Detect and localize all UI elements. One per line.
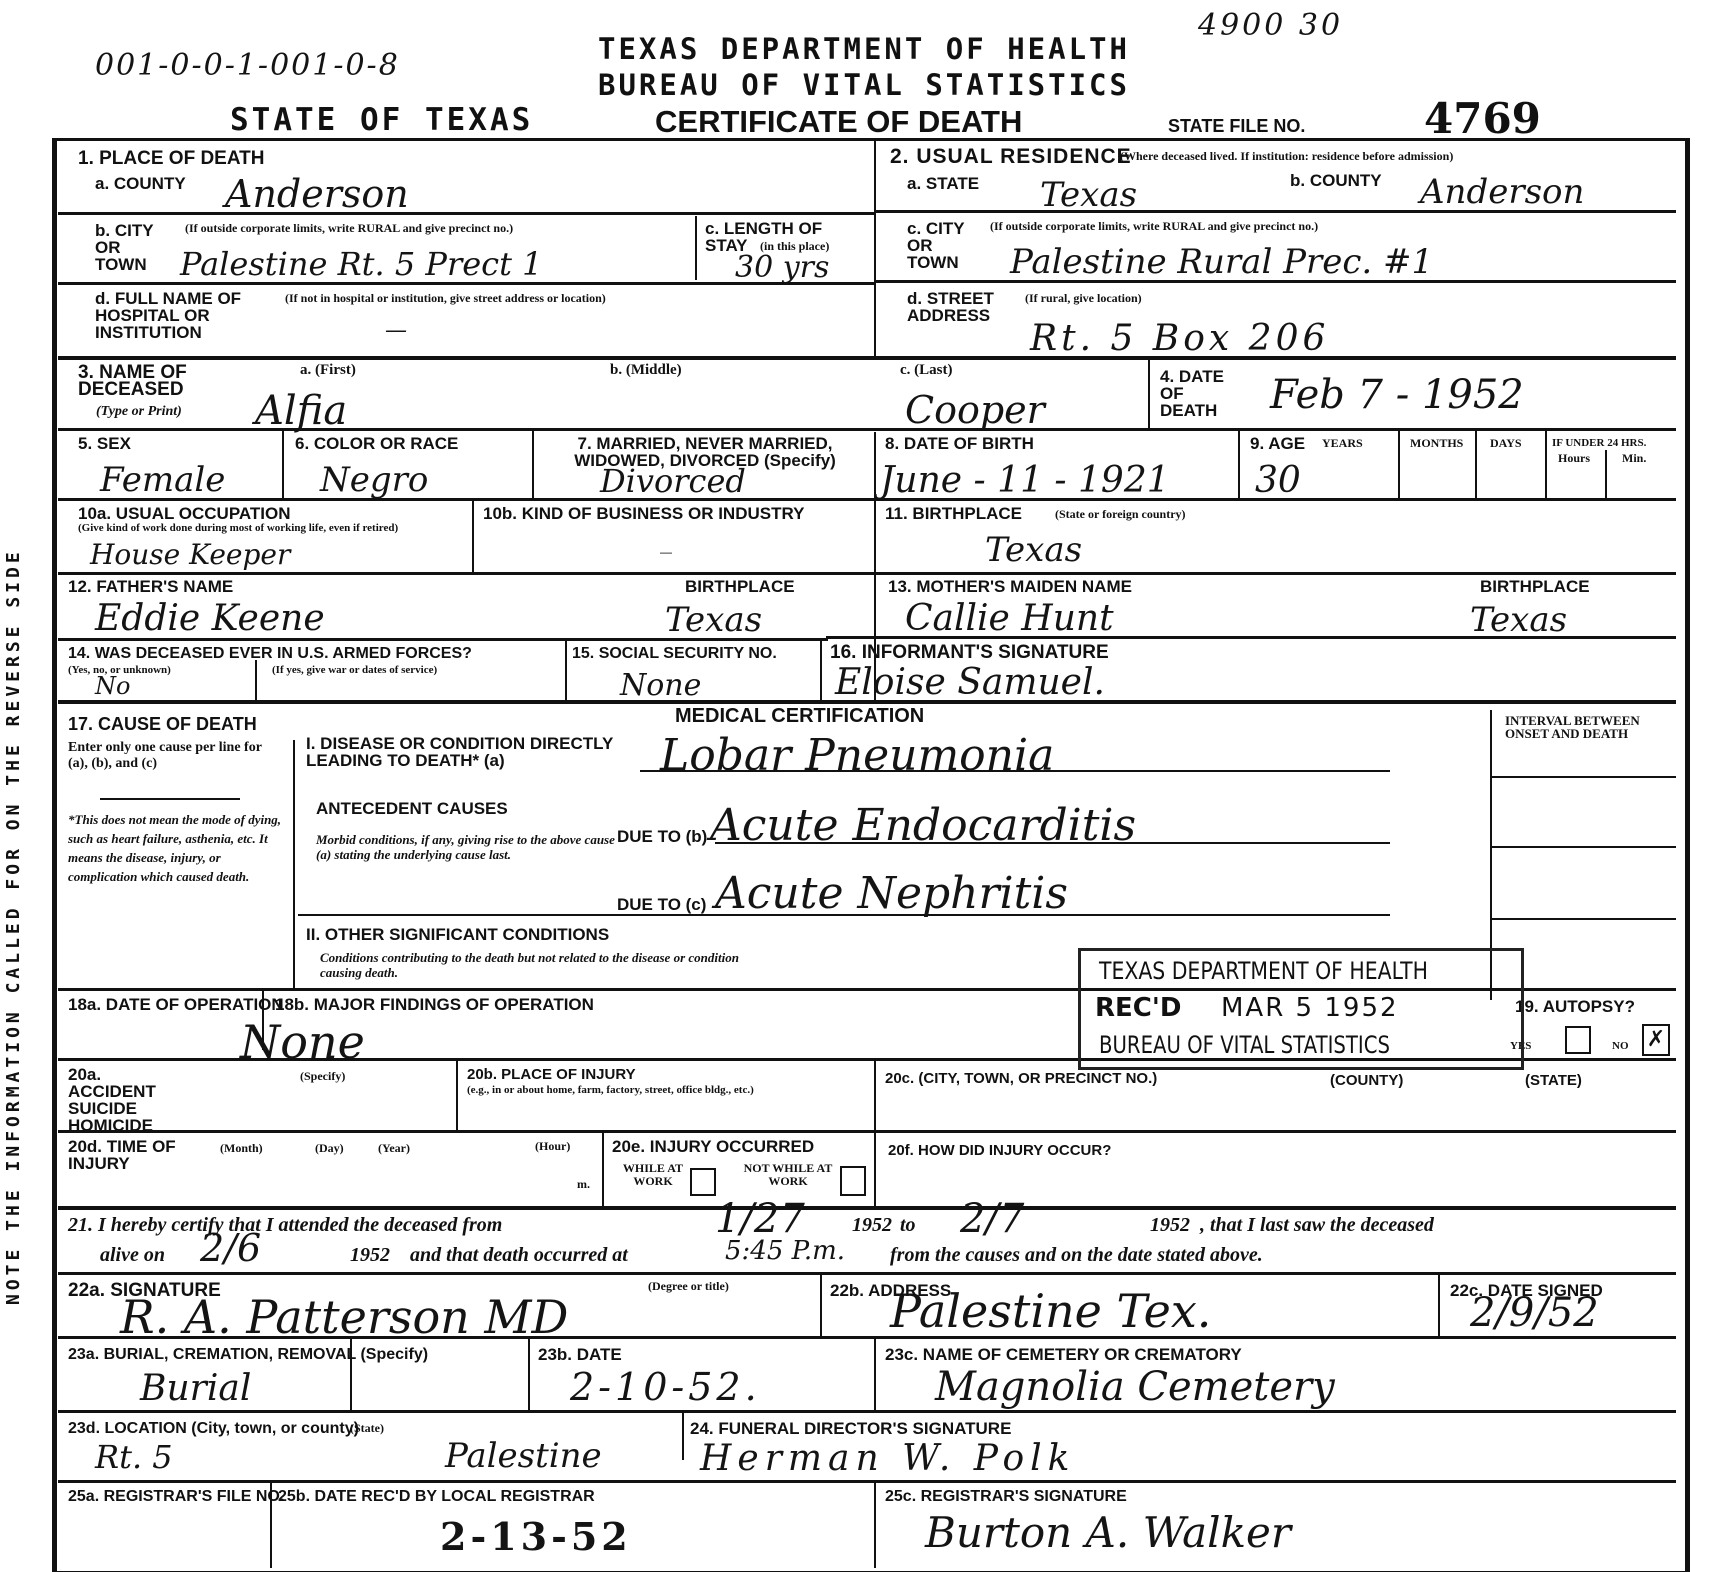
res-street-note: (If rural, give location) <box>1025 292 1142 305</box>
agency-line-2: BUREAU OF VITAL STATISTICS <box>598 68 1130 102</box>
res-street-label: d. STREET ADDRESS <box>907 290 1007 324</box>
injury-day-label: (Day) <box>315 1142 344 1155</box>
cert-text-2: , that I last saw the deceased <box>1200 1214 1434 1237</box>
certificate-title: CERTIFICATE OF DEATH <box>655 104 1022 140</box>
mother-birthplace: Texas <box>1470 600 1567 640</box>
race-value: Negro <box>320 460 428 500</box>
other-conditions-label: II. OTHER SIGNIFICANT CONDITIONS <box>306 926 609 943</box>
cert-to-word: to <box>900 1214 916 1237</box>
mother-birthplace-label: BIRTHPLACE <box>1480 578 1590 595</box>
county-label: a. COUNTY <box>95 175 186 192</box>
degree-label: (Degree or title) <box>648 1280 729 1293</box>
location-value: Rt. 5 <box>95 1438 173 1476</box>
cause-label: 17. CAUSE OF DEATH <box>68 716 257 733</box>
received-stamp: TEXAS DEPARTMENT OF HEALTH REC'D MAR 5 1… <box>1078 948 1524 1070</box>
res-city-note: (If outside corporate limits, write RURA… <box>990 220 1318 233</box>
interval-label: INTERVAL BETWEEN ONSET AND DEATH <box>1505 714 1675 740</box>
injury-location-label: 20c. (CITY, TOWN, OR PRECINCT NO.) <box>885 1070 1157 1087</box>
stamp-line-1: TEXAS DEPARTMENT OF HEALTH <box>1099 957 1428 985</box>
father-label: 12. FATHER'S NAME <box>68 578 233 595</box>
agency-line-1: TEXAS DEPARTMENT OF HEALTH <box>598 32 1130 66</box>
state-title: STATE OF TEXAS <box>230 102 533 138</box>
sex-value: Female <box>100 460 225 500</box>
death-city: Palestine Rt. 5 Prect 1 <box>180 245 542 283</box>
age-months-label: MONTHS <box>1410 437 1463 450</box>
death-date: Feb 7 - 1952 <box>1270 372 1524 418</box>
stamp-date: MAR 5 1952 <box>1221 993 1399 1023</box>
funeral-director-signature: Herman W. Polk <box>700 1438 1076 1479</box>
injury-county-label: (COUNTY) <box>1330 1072 1403 1089</box>
hospital-note: (If not in hospital or institution, give… <box>285 292 606 305</box>
father-birthplace: Texas <box>665 600 762 640</box>
res-city-label: c. CITY OR TOWN <box>907 220 987 271</box>
deceased-name-note: (Type or Print) <box>96 404 182 420</box>
registrar-date: 2-13-52 <box>440 1514 632 1559</box>
antecedent-note: Morbid conditions, if any, giving rise t… <box>316 832 616 862</box>
age-label: 9. AGE <box>1250 435 1305 452</box>
burial-date-label: 23b. DATE <box>538 1346 622 1363</box>
date-signed: 2/9/52 <box>1470 1290 1599 1336</box>
age-under-label: IF UNDER 24 HRS. <box>1552 437 1646 450</box>
registrar-signature: Burton A. Walker <box>925 1508 1291 1557</box>
registrar-date-label: 25b. DATE REC'D BY LOCAL REGISTRAR <box>278 1488 595 1505</box>
injury-m-label: m. <box>577 1178 590 1191</box>
medical-cert-title: MEDICAL CERTIFICATION <box>675 708 924 725</box>
burial-label: 23a. BURIAL, CREMATION, REMOVAL (Specify… <box>68 1346 428 1363</box>
registrar-signature-label: 25c. REGISTRAR'S SIGNATURE <box>885 1488 1127 1505</box>
cert-year-2: 1952 <box>1150 1214 1190 1237</box>
autopsy-no-checkbox[interactable]: ✗ <box>1642 1024 1670 1056</box>
op-date-label: 18a. DATE OF OPERATION <box>68 996 284 1013</box>
res-county: Anderson <box>1420 172 1584 212</box>
birthplace-label: 11. BIRTHPLACE <box>885 505 1022 522</box>
stamp-line-3: BUREAU OF VITAL STATISTICS <box>1099 1031 1390 1059</box>
father-birthplace-label: BIRTHPLACE <box>685 578 795 595</box>
birthplace-note: (State or foreign country) <box>1055 508 1186 521</box>
cert-year-1: 1952 <box>852 1214 892 1237</box>
sex-label: 5. SEX <box>78 435 131 452</box>
cause-footnote: *This does not mean the mode of dying, s… <box>68 810 283 886</box>
ssn-value: None <box>620 668 701 703</box>
place-of-death-label: 1. PLACE OF DEATH <box>78 150 265 167</box>
industry-value: — <box>660 545 672 559</box>
mother-label: 13. MOTHER'S MAIDEN NAME <box>888 578 1132 595</box>
burial-value: Burial <box>140 1368 251 1409</box>
birth-date: June - 11 - 1921 <box>880 460 1170 501</box>
deceased-name-label: 3. NAME OF DECEASED <box>78 364 238 398</box>
cert-to-date: 2/7 <box>960 1196 1024 1242</box>
op-findings-label: 18b. MAJOR FINDINGS OF OPERATION <box>275 996 594 1013</box>
death-county: Anderson <box>225 172 409 216</box>
injury-state-label: (STATE) <box>1525 1072 1582 1089</box>
res-state-label: a. STATE <box>907 175 979 192</box>
state-file-label: STATE FILE NO. <box>1168 118 1305 135</box>
hospital-value: — <box>385 318 407 343</box>
armed-forces-value: No <box>95 672 130 700</box>
registrar-file-label: 25a. REGISTRAR'S FILE NO. <box>68 1488 284 1505</box>
informant-label: 16. INFORMANT'S SIGNATURE <box>830 644 1109 661</box>
city-note: (If outside corporate limits, write RURA… <box>185 222 665 235</box>
stamp-rec-label: REC'D <box>1095 993 1181 1023</box>
injury-hour-label: (Hour) <box>535 1140 570 1153</box>
how-injury-label: 20f. HOW DID INJURY OCCUR? <box>888 1142 1111 1159</box>
residence-label: 2. USUAL RESIDENCE <box>890 148 1132 165</box>
armed-forces-label: 14. WAS DECEASED EVER IN U.S. ARMED FORC… <box>68 645 472 662</box>
res-state: Texas <box>1040 175 1137 215</box>
autopsy-no-label: NO <box>1612 1040 1629 1053</box>
funeral-director-label: 24. FUNERAL DIRECTOR'S SIGNATURE <box>690 1420 1011 1437</box>
file-code: 001-0-0-1-001-0-8 <box>95 48 400 83</box>
res-street: Rt. 5 Box 206 <box>1030 318 1329 359</box>
burial-date: 2-10-52. <box>570 1365 761 1409</box>
cause-instructions: Enter only one cause per line for (a), (… <box>68 740 283 772</box>
injury-place-label: 20b. PLACE OF INJURY <box>467 1066 636 1083</box>
residence-note: (Where deceased lived. If institution: r… <box>1120 150 1660 163</box>
while-at-work-label: WHILE AT WORK <box>618 1162 688 1188</box>
industry-label: 10b. KIND OF BUSINESS OR INDUSTRY <box>483 505 804 522</box>
injury-month-label: (Month) <box>220 1142 263 1155</box>
injury-place-note: (e.g., in or about home, farm, factory, … <box>467 1084 827 1097</box>
armed-forces-note-2: (If yes, give war or dates of service) <box>272 664 437 677</box>
mother-name: Callie Hunt <box>905 598 1114 639</box>
cert-alive-word: alive on <box>100 1244 165 1267</box>
injury-type-label: 20a. ACCIDENT SUICIDE HOMICIDE <box>68 1066 178 1134</box>
age-years-label: YEARS <box>1322 437 1363 450</box>
due-to-c-label: DUE TO (c) <box>617 896 706 913</box>
cause-a: Lobar Pneumonia <box>660 730 1054 781</box>
due-to-b-label: DUE TO (b) <box>617 828 707 845</box>
side-note: NOTE THE INFORMATION CALLED FOR ON THE R… <box>3 548 24 1305</box>
birth-date-label: 8. DATE OF BIRTH <box>885 435 1034 452</box>
disease-label: I. DISEASE OR CONDITION DIRECTLY LEADING… <box>306 735 636 769</box>
cause-c: Acute Nephritis <box>715 868 1068 919</box>
age-min-label: Min. <box>1622 452 1646 465</box>
first-name-label: a. (First) <box>300 364 356 377</box>
cert-alive-date: 2/6 <box>200 1226 261 1270</box>
cert-text-3: and that death occurred at <box>410 1244 628 1267</box>
not-while-at-work-checkbox[interactable] <box>840 1166 866 1196</box>
informant-signature: Eloise Samuel. <box>835 662 1105 703</box>
race-label: 6. COLOR OR RACE <box>295 435 458 452</box>
location-state-label: (State) <box>350 1422 384 1435</box>
other-conditions-note: Conditions contributing to the death but… <box>320 950 740 980</box>
age-hours-label: Hours <box>1558 452 1590 465</box>
location-label: 23d. LOCATION (City, town, or county) <box>68 1420 359 1437</box>
res-county-label: b. COUNTY <box>1290 172 1382 189</box>
age-days-label: DAYS <box>1490 437 1522 450</box>
autopsy-yes-checkbox[interactable] <box>1565 1026 1591 1054</box>
cert-death-time: 5:45 P.m. <box>725 1236 845 1266</box>
occupation-label: 10a. USUAL OCCUPATION <box>78 505 291 522</box>
cert-text-1: 21. I hereby certify that I attended the… <box>68 1214 502 1237</box>
autopsy-label: 19. AUTOPSY? <box>1515 998 1635 1015</box>
injury-year-label: (Year) <box>378 1142 410 1155</box>
ssn-label: 15. SOCIAL SECURITY NO. <box>572 645 777 662</box>
father-name: Eddie Keene <box>95 598 325 639</box>
occupation-value: House Keeper <box>90 538 290 571</box>
city-label: b. CITY OR TOWN <box>95 222 165 273</box>
antecedent-label: ANTECEDENT CAUSES <box>316 800 508 817</box>
birthplace-value: Texas <box>985 530 1082 570</box>
marital-value: Divorced <box>600 462 746 500</box>
state-file-number: 4769 <box>1424 94 1541 143</box>
res-city: Palestine Rural Prec. #1 <box>1010 242 1433 282</box>
middle-name-label: b. (Middle) <box>610 364 682 377</box>
last-name-label: c. (Last) <box>900 364 953 377</box>
age-years: 30 <box>1255 460 1301 501</box>
location-state: Palestine <box>445 1436 602 1476</box>
hospital-label: d. FULL NAME OF HOSPITAL OR INSTITUTION <box>95 290 275 341</box>
stay-value: 30 yrs <box>735 250 829 285</box>
last-name: Cooper <box>905 388 1045 432</box>
cemetery-value: Magnolia Cemetery <box>935 1364 1335 1410</box>
cert-text-4: from the causes and on the date stated a… <box>890 1244 1263 1267</box>
not-while-at-work-label: NOT WHILE AT WORK <box>738 1162 838 1188</box>
injury-time-label: 20d. TIME OF INJURY <box>68 1138 178 1172</box>
cemetery-label: 23c. NAME OF CEMETERY OR CREMATORY <box>885 1346 1242 1363</box>
cert-year-3: 1952 <box>350 1244 390 1267</box>
injury-occurred-label: 20e. INJURY OCCURRED <box>612 1138 814 1155</box>
injury-type-note: (Specify) <box>300 1070 345 1083</box>
death-date-label: 4. DATE OF DEATH <box>1160 368 1240 419</box>
corner-note: 4900 30 <box>1198 8 1343 43</box>
occupation-note: (Give kind of work done during most of w… <box>78 522 478 535</box>
physician-address: Palestine Tex. <box>890 1284 1211 1338</box>
while-at-work-checkbox[interactable] <box>690 1168 716 1196</box>
